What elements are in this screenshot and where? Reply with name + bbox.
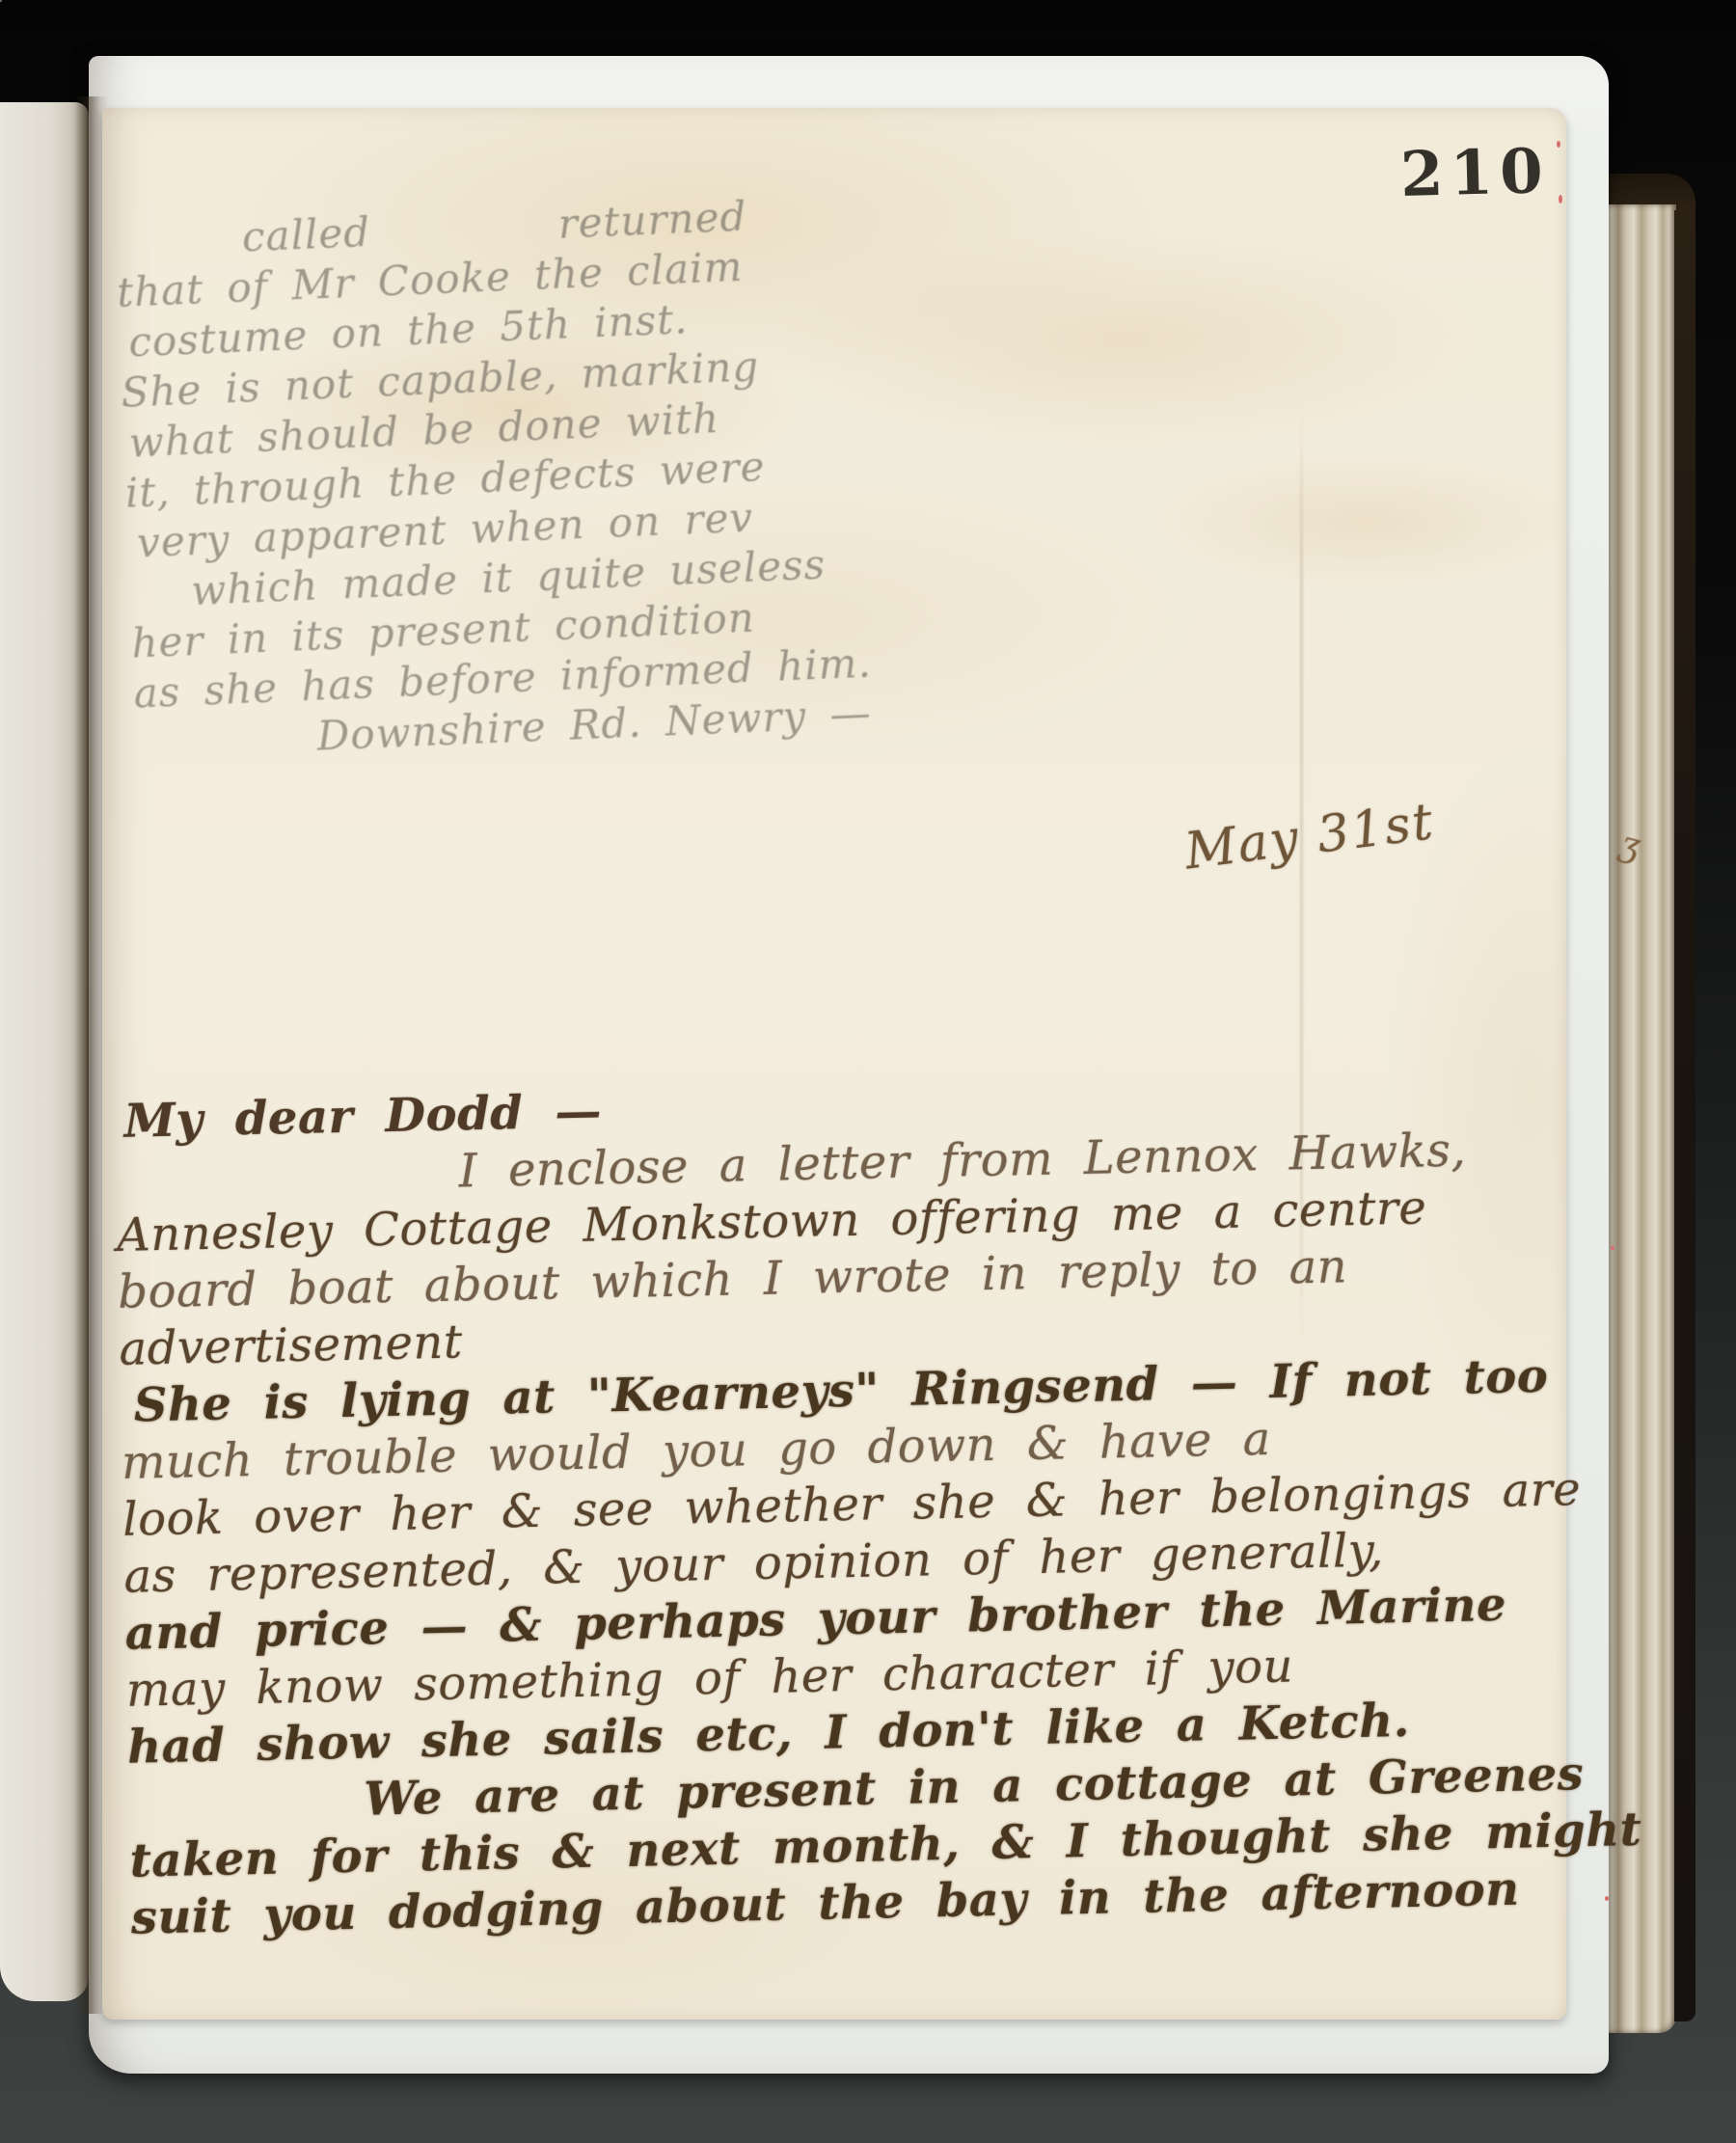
folio-number-stamp: 210 — [1399, 135, 1551, 211]
faded-pencil-note: called returned that of Mr Cooke the cla… — [114, 187, 875, 770]
red-speck — [1557, 141, 1560, 148]
dust-specks — [0, 0, 2, 2]
letter-body: My dear Dodd — I enclose a letter from L… — [114, 1064, 1578, 1947]
red-speck — [1559, 195, 1562, 203]
red-speck — [1611, 1246, 1614, 1250]
book-cover-edge — [1674, 210, 1695, 2021]
scanned-book-photograph: 210 called returned that of Mr Cooke the… — [0, 0, 1736, 2143]
red-speck — [1605, 1896, 1609, 1901]
